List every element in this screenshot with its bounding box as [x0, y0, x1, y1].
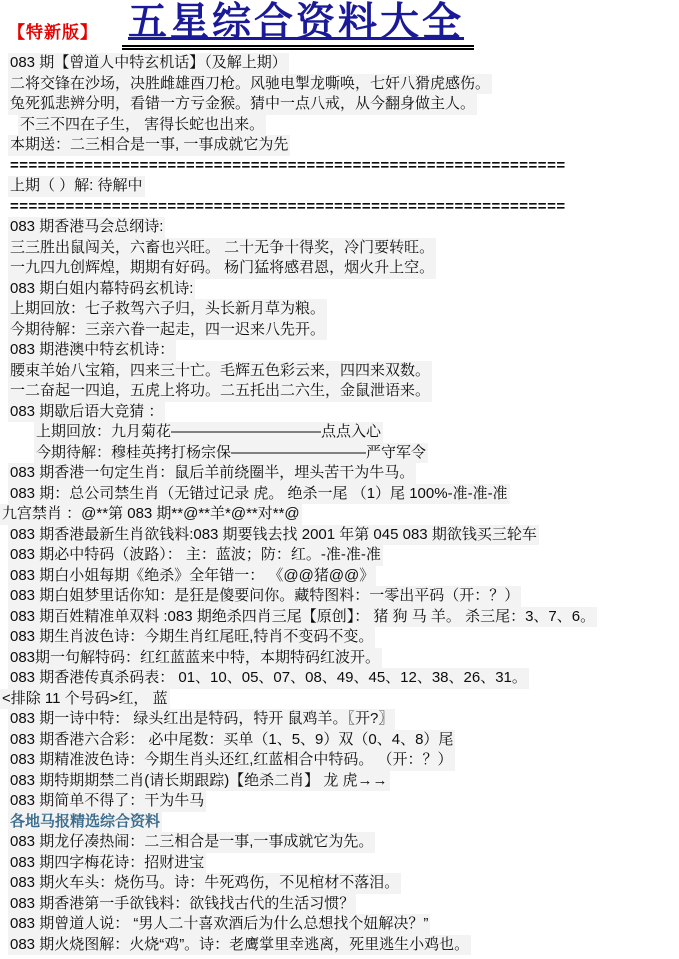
text-line: 083期一句解特码：红红蓝蓝来中特，本期特码红波开。: [8, 648, 382, 669]
text-line: 083 期歇后语大竞猜 ：: [8, 402, 165, 423]
page-header: 【特新版】 五星综合资料大全: [0, 0, 679, 50]
text-line: 083 期龙仔凑热闹：二三相合是一事,一事成就它为先。: [8, 832, 375, 853]
text-line: 今期待解：穆桂英拷打杨宗保—————————严守军令: [34, 443, 428, 464]
text-line: 083 期白小姐每期《绝杀》全年错一： 《@@猪@@》: [8, 566, 376, 587]
text-line: 083 期四字梅花诗：招财进宝: [8, 853, 206, 874]
content-lines: 083 期【曾道人中特玄机话】（及解上期）二将交锋在沙场，决胜雌雄酉刀枪。风驰电…: [0, 50, 679, 955]
lottery-info-page: 【特新版】 五星综合资料大全 083 期【曾道人中特玄机话】（及解上期）二将交锋…: [0, 0, 679, 959]
text-line: 一二奋起一四追，五虎上将功。二五托出二六生，金鼠泄语来。: [8, 381, 432, 402]
text-line: 083 期曾道人说： “男人二十喜欢酒后为什么总想找个妞解决？”: [8, 914, 430, 935]
text-line: <排除 11 个号码>红， 蓝: [0, 689, 170, 710]
text-line: 腰束羊始八宝箱，四来三十亡。毛辉五色彩云来，四四来双数。: [8, 361, 432, 382]
section-title: 各地马报精选综合资料: [8, 812, 162, 833]
text-line: 083 期火车头：烧伤马。诗：牛死鸡伤，不见棺材不落泪。: [8, 873, 401, 894]
text-line: 九宫禁肖 ：@**第 083 期**@**羊*@**对**@: [0, 504, 302, 525]
text-line: 不三不四在子生， 害得长蛇也出来。: [18, 115, 266, 136]
text-line: 083 期香港第一手欲钱料：欲钱找古代的生活习惯？: [8, 894, 356, 915]
page-title: 五星综合资料大全: [128, 2, 464, 44]
text-line: 083 期【曾道人中特玄机话】（及解上期）: [8, 53, 289, 74]
text-line: 083 期：总公司禁生肖（无错过记录 虎。 绝杀一尾 （1）尾 100%-准-准…: [8, 484, 510, 505]
text-line: 083 期白姐内幕特码玄机诗:: [8, 279, 195, 300]
text-line: 083 期百姓精准单双料 :083 期绝杀四肖三尾【原创】： 猪 狗 马 羊。 …: [8, 607, 597, 628]
text-line: 083 期简单不得了：干为牛马: [8, 791, 206, 812]
text-line: 083 期香港最新生肖欲钱料:083 期要钱去找 2001 年第 045 083…: [8, 525, 539, 546]
text-line: 上期（ ）解: 待解中: [8, 176, 145, 197]
text-line: 083 期港澳中特玄机诗：: [8, 340, 176, 361]
text-line: 083 期香港马会总纲诗:: [8, 217, 165, 238]
text-line: 083 期香港传真杀码表： 01、10、05、07、08、49、45、12、38…: [8, 668, 529, 689]
text-line: 083 期生肖波色诗：今期生肖红尾旺,特肖不变码不变。: [8, 627, 375, 648]
text-line: 083 期香港一句定生肖：鼠后羊前绕圈半，埋头苦干为牛马。: [8, 463, 416, 484]
edition-badge: 【特新版】: [8, 23, 98, 43]
text-line: 三三胜出鼠闯关，六畜也兴旺。 二十无争十得奖，冷门要转旺。: [8, 238, 436, 259]
text-line: 上期回放：九月菊花——————————点点入心: [34, 422, 383, 443]
text-line: 上期回放：七子救驾六子归，头长新月草为粮。: [8, 299, 327, 320]
text-line: 本期送：二三相合是一事, 一事成就它为先: [8, 135, 290, 156]
text-line: 083 期精准波色诗：今期生肖头还红,红蓝相合中特码。 （开：？）: [8, 750, 455, 771]
text-line: 083 期一诗中特： 绿头红出是特码，特开 鼠鸡羊。〖开?〗: [8, 709, 395, 730]
text-line: 083 期特期期禁二肖(请长期跟踪)【绝杀二肖】 龙 虎→→: [8, 771, 390, 792]
text-line: 083 期必中特码（波路）： 主：蓝波；防：红。-准-准-准: [8, 545, 383, 566]
text-line: 今期待解：三亲六眷一起走，四一迟来八先开。: [8, 320, 327, 341]
text-line: 083 期香港六合彩： 必中尾数：买单（1、5、9）双（0、4、8）尾: [8, 730, 455, 751]
text-line: 兔死狐悲辨分明，看错一方亏金猴。猜中一点八戒，从今翻身做主人。: [8, 94, 477, 115]
title-underline-rule: 五星综合资料大全: [122, 2, 474, 50]
text-line: 一九四九创辉煌，期期有好码。 杨门猛将感君恩，烟火升上空。: [8, 258, 436, 279]
text-line: 083 期白姐梦里话你知：是狂是傻要问你。藏特图料：一零出平码（开：？）: [8, 586, 521, 607]
separator-line: ========================================…: [8, 156, 568, 177]
separator-line: ========================================…: [8, 197, 568, 218]
text-line: 二将交锋在沙场，决胜雌雄酉刀枪。风驰电掣龙嘶唤，七奸八猾虎感伤。: [8, 74, 492, 95]
text-line: 083 期火烧图解：火烧“鸡”。诗：老鹰掌里幸逃离，死里逃生小鸡也。: [8, 935, 471, 956]
